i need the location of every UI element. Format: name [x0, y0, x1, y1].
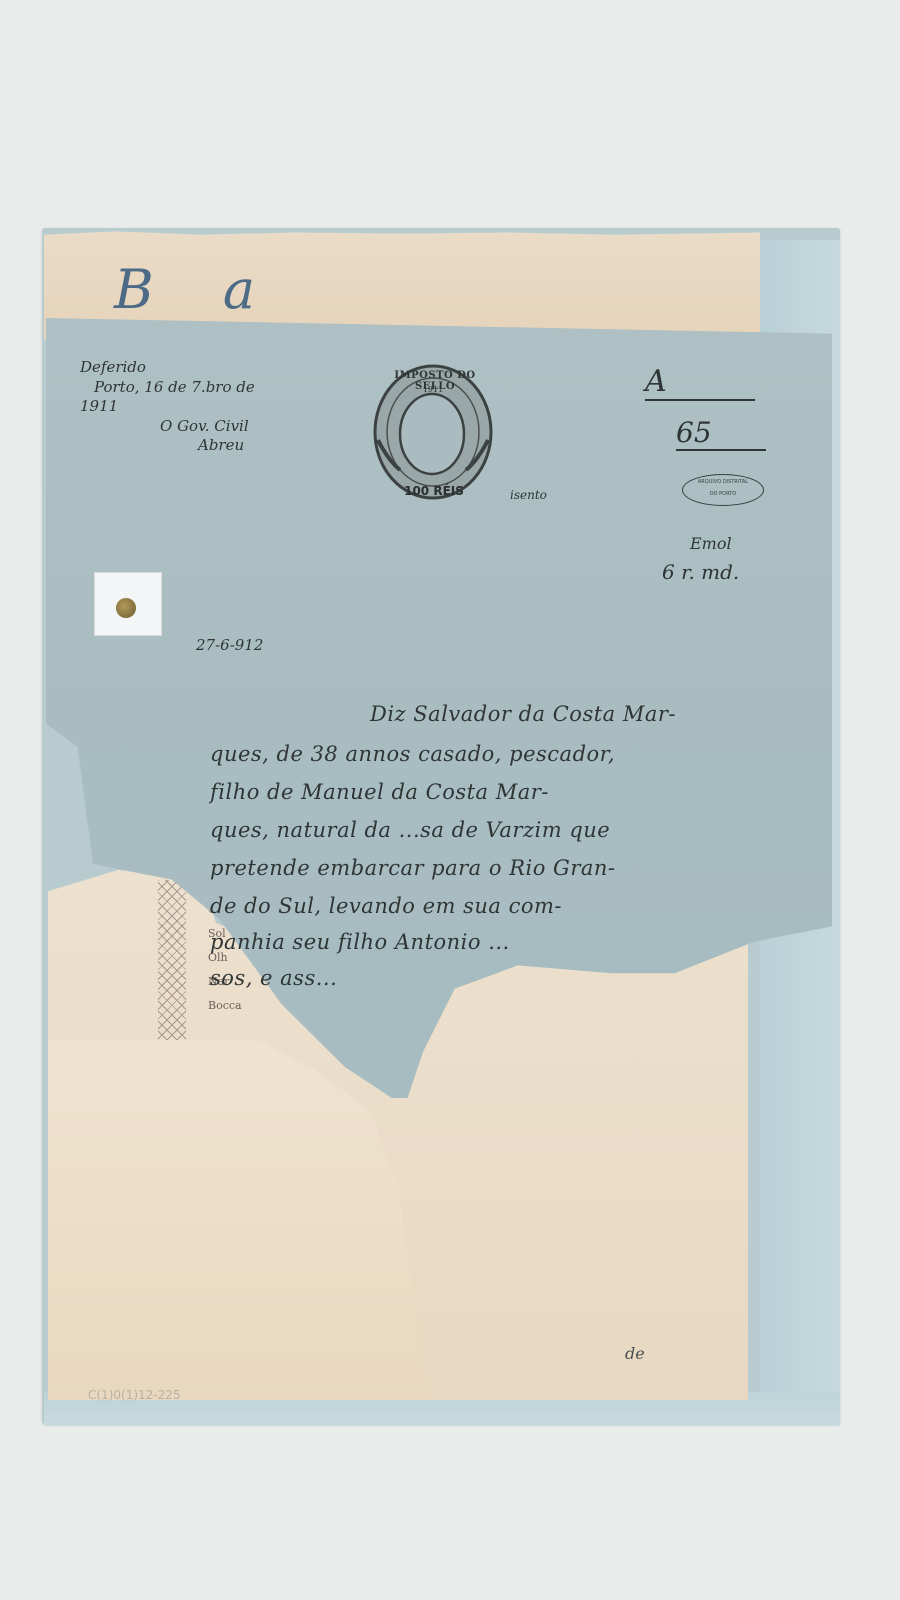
letter-line: Diz Salvador da Costa Mar-: [370, 702, 830, 742]
letter-line: panhia seu filho Antonio ...: [210, 930, 830, 966]
letter-line: ques, de 38 annos casado, pescador,: [210, 742, 830, 780]
approval-note: Deferido Porto, 16 de 7.bro de 1911 O Go…: [80, 358, 255, 456]
coin-icon: [116, 598, 136, 618]
approval-line: O Gov. Civil: [160, 417, 255, 437]
stamp-value: 100 RÉIS: [396, 484, 472, 498]
bottom-fragment-text: de: [625, 1344, 645, 1363]
form-label: Bocca: [208, 999, 242, 1023]
reference-mark: A: [645, 364, 755, 401]
document-number: 65: [676, 416, 766, 451]
date-note: 27-6-912: [196, 636, 263, 654]
archive-stamp: ARQUIVO DISTRITAL DO PORTO: [682, 474, 764, 506]
archive-stamp-line: DO PORTO: [683, 492, 763, 498]
stamp-annotation: isento: [510, 488, 547, 502]
fee-note: Emol: [690, 534, 732, 553]
letter-line: de do Sul, levando em sua com-: [210, 894, 830, 930]
signature: Abreu: [198, 436, 255, 456]
pencil-mark: B a: [114, 258, 281, 321]
form-decorative-border: [158, 880, 186, 1040]
letter-line: sos, e ass...: [210, 966, 830, 1002]
revenue-stamp: IMPOSTO DO SELLO 1911 100 RÉIS: [368, 360, 498, 510]
stamp-year: 1911: [415, 385, 451, 394]
letter-line: filho de Manuel da Costa Mar-: [210, 780, 830, 818]
approval-line: 1911: [80, 397, 255, 417]
letter-line: pretende embarcar para o Rio Gran-: [210, 856, 830, 894]
archive-stamp-line: ARQUIVO DISTRITAL: [683, 480, 763, 486]
fee-amount: 6 r. md.: [662, 560, 739, 584]
letter-line: ques, natural da ...sa de Varzim que: [210, 818, 830, 856]
letter-body: Diz Salvador da Costa Mar- ques, de 38 a…: [210, 702, 830, 1002]
approval-line: Deferido: [80, 358, 255, 378]
approval-line: Porto, 16 de 7.bro de: [94, 378, 255, 398]
pencil-reference: C(1)0(1)12-225: [88, 1388, 181, 1402]
